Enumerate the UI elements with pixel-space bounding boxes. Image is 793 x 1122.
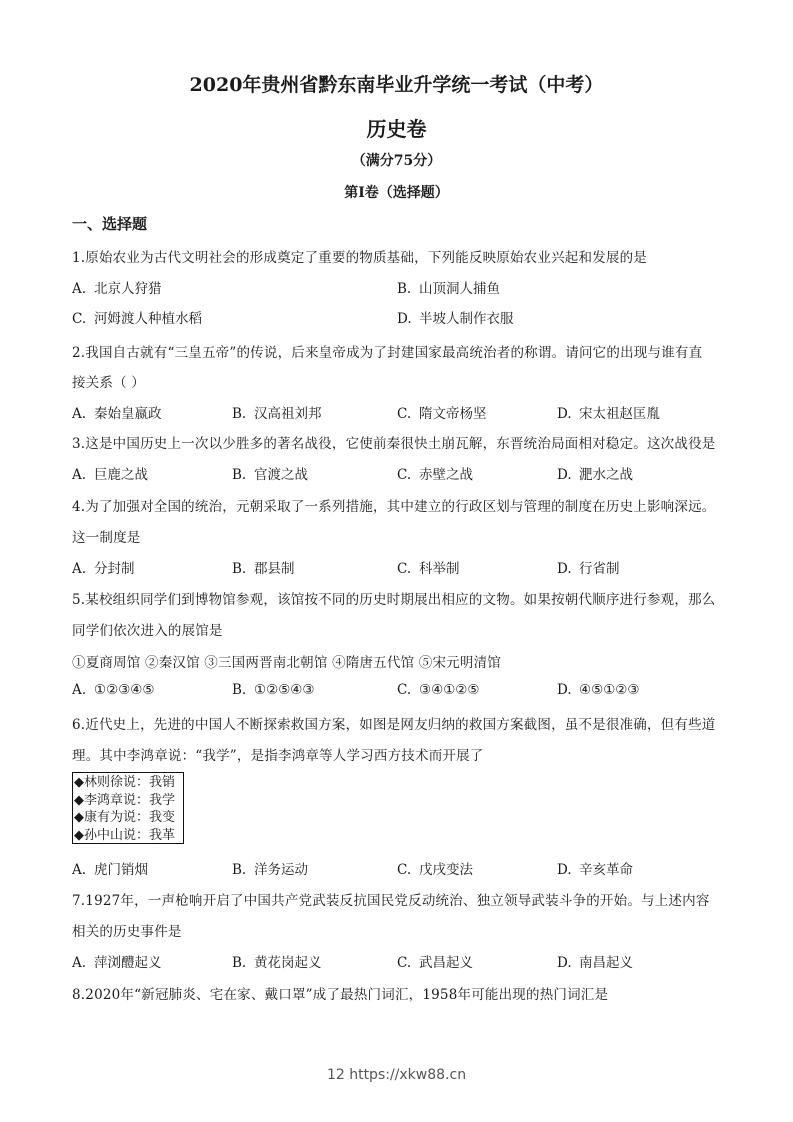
question-6-option-b: B.洋务运动	[232, 858, 308, 878]
option-label: D.	[557, 955, 579, 971]
option-label: C.	[397, 862, 419, 878]
option-label: B.	[232, 467, 254, 483]
option-label: A.	[72, 955, 94, 971]
question-4-stem-line-1: 4.为了加强对全国的统治，元朝采取了一系列措施，其中建立的行政区划与管理的制度在…	[72, 495, 715, 515]
question-7-stem-line-2: 相关的历史事件是	[72, 920, 182, 940]
option-label: B.	[397, 281, 419, 297]
exam-title: 2020年贵州省黔东南毕业升学统一考试（中考）	[0, 70, 793, 97]
option-text: 黄花岗起义	[254, 955, 322, 971]
question-5-option-a: A.①②③④⑤	[72, 682, 155, 698]
question-4-stem-line-2: 这一制度是	[72, 526, 141, 546]
option-label: B.	[232, 955, 254, 971]
question-6-option-a: A.虎门销烟	[72, 858, 148, 878]
option-label: B.	[232, 682, 254, 698]
question-6-option-c: C.戊戌变法	[397, 858, 473, 878]
option-label: D.	[557, 862, 579, 878]
question-4-option-c: C.科举制	[397, 557, 460, 577]
option-text: 赤壁之战	[419, 467, 473, 483]
question-6-figure: ◆林则徐说：我销 ◆李鸿章说：我学 ◆康有为说：我变 ◆孙中山说：我革	[72, 772, 184, 844]
option-text: 秦始皇嬴政	[94, 406, 162, 422]
option-label: D.	[557, 561, 579, 577]
option-text: ①②③④⑤	[94, 682, 155, 698]
full-score: （满分75分）	[0, 150, 793, 170]
question-2-option-c: C.隋文帝杨坚	[397, 402, 487, 422]
figure-line: ◆孙中山说：我革	[74, 827, 183, 845]
section-title: 一、选择题	[72, 213, 147, 234]
option-label: A.	[72, 862, 94, 878]
question-5-stem-line-1: 5.某校组织同学们到博物馆参观，该馆按不同的历史时期展出相应的文物。如果按朝代顺…	[72, 588, 715, 608]
option-text: 科举制	[419, 561, 460, 577]
option-label: C.	[397, 406, 419, 422]
question-7-stem-line-1: 7.1927年，一声枪响开启了中国共产党武装反抗国民党反动统治、独立领导武装斗争…	[72, 889, 710, 909]
option-label: C.	[397, 467, 419, 483]
figure-line: ◆林则徐说：我销	[74, 774, 183, 792]
question-5-option-d: D.④⑤①②③	[557, 682, 640, 698]
question-7-option-c: C.武昌起义	[397, 951, 473, 971]
question-5-museum-list: ①夏商周馆 ②秦汉馆 ③三国两晋南北朝馆 ④隋唐五代馆 ⑤宋元明清馆	[72, 651, 501, 671]
question-2-option-b: B.汉高祖刘邦	[232, 402, 322, 422]
option-text: 淝水之战	[579, 467, 633, 483]
option-text: 武昌起义	[419, 955, 473, 971]
exam-subtitle: 历史卷	[0, 113, 793, 142]
option-text: 虎门销烟	[94, 862, 148, 878]
option-label: C.	[72, 311, 94, 327]
question-4-option-b: B.郡县制	[232, 557, 295, 577]
question-7-option-d: D.南昌起义	[557, 951, 633, 971]
question-3-option-c: C.赤壁之战	[397, 463, 473, 483]
question-7-option-b: B.黄花岗起义	[232, 951, 322, 971]
question-7-option-a: A.萍浏醴起义	[72, 951, 162, 971]
question-1-option-d: D.半坡人制作衣服	[397, 307, 514, 327]
option-label: D.	[557, 406, 579, 422]
figure-line: ◆康有为说：我变	[74, 809, 183, 827]
question-5-option-c: C.③④①②⑤	[397, 682, 480, 698]
question-5-option-b: B.①②⑤④③	[232, 682, 315, 698]
question-5-stem-line-2: 同学们依次进入的展馆是	[72, 619, 223, 639]
option-text: 隋文帝杨坚	[419, 406, 487, 422]
option-text: 郡县制	[254, 561, 295, 577]
question-6-option-d: D.辛亥革命	[557, 858, 633, 878]
option-text: ①②⑤④③	[254, 682, 315, 698]
question-3-option-a: A.巨鹿之战	[72, 463, 148, 483]
option-label: A.	[72, 467, 94, 483]
option-label: A.	[72, 682, 94, 698]
option-text: 洋务运动	[254, 862, 308, 878]
option-label: B.	[232, 406, 254, 422]
option-text: 半坡人制作衣服	[419, 311, 514, 327]
option-text: 宋太祖赵匡胤	[579, 406, 660, 422]
option-text: 行省制	[579, 561, 620, 577]
question-3-option-b: B.官渡之战	[232, 463, 308, 483]
option-text: 官渡之战	[254, 467, 308, 483]
option-text: 辛亥革命	[579, 862, 633, 878]
question-2-stem-line-2: 接关系（ ）	[72, 371, 145, 391]
figure-line: ◆李鸿章说：我学	[74, 792, 183, 810]
question-6-stem-line-2: 理。其中李鸿章说：“我学”，是指李鸿章等人学习西方技术而开展了	[72, 744, 484, 764]
question-2-stem-line-1: 2.我国自古就有“三皇五帝”的传说，后来皇帝成为了封建国家最高统治者的称谓。请问…	[72, 341, 702, 361]
option-label: A.	[72, 561, 94, 577]
option-text: 戊戌变法	[419, 862, 473, 878]
option-label: D.	[557, 467, 579, 483]
question-4-option-a: A.分封制	[72, 557, 135, 577]
option-label: B.	[232, 561, 254, 577]
option-label: B.	[232, 862, 254, 878]
question-4-option-d: D.行省制	[557, 557, 620, 577]
option-text: 汉高祖刘邦	[254, 406, 322, 422]
option-text: 巨鹿之战	[94, 467, 148, 483]
option-text: 萍浏醴起义	[94, 955, 162, 971]
option-text: 分封制	[94, 561, 135, 577]
question-6-stem-line-1: 6.近代史上，先进的中国人不断探索救国方案，如图是网友归纳的救国方案截图，虽不是…	[72, 713, 715, 733]
question-1-stem: 1.原始农业为古代文明社会的形成奠定了重要的物质基础，下列能反映原始农业兴起和发…	[72, 246, 647, 266]
option-text: 北京人狩猎	[94, 281, 162, 297]
question-3-stem: 3.这是中国历史上一次以少胜多的著名战役，它使前秦很快土崩瓦解，东晋统治局面相对…	[72, 432, 715, 452]
volume-label: 第Ⅰ卷（选择题）	[0, 182, 793, 202]
option-label: C.	[397, 682, 419, 698]
question-3-option-d: D.淝水之战	[557, 463, 633, 483]
option-label: D.	[557, 682, 579, 698]
page-footer: 12 https://xkw88.cn	[0, 1067, 793, 1083]
option-label: A.	[72, 281, 94, 297]
option-text: ④⑤①②③	[579, 682, 640, 698]
question-1-option-c: C.河姆渡人种植水稻	[72, 307, 202, 327]
option-label: D.	[397, 311, 419, 327]
option-text: ③④①②⑤	[419, 682, 480, 698]
option-label: A.	[72, 406, 94, 422]
question-2-option-a: A.秦始皇嬴政	[72, 402, 162, 422]
question-8-stem: 8.2020年“新冠肺炎、宅在家、戴口罩”成了最热门词汇，1958年可能出现的热…	[72, 983, 608, 1003]
question-1-option-b: B.山顶洞人捕鱼	[397, 277, 500, 297]
option-text: 山顶洞人捕鱼	[419, 281, 500, 297]
question-2-option-d: D.宋太祖赵匡胤	[557, 402, 660, 422]
option-label: C.	[397, 561, 419, 577]
question-1-option-a: A.北京人狩猎	[72, 277, 162, 297]
option-text: 河姆渡人种植水稻	[94, 311, 202, 327]
option-text: 南昌起义	[579, 955, 633, 971]
option-label: C.	[397, 955, 419, 971]
